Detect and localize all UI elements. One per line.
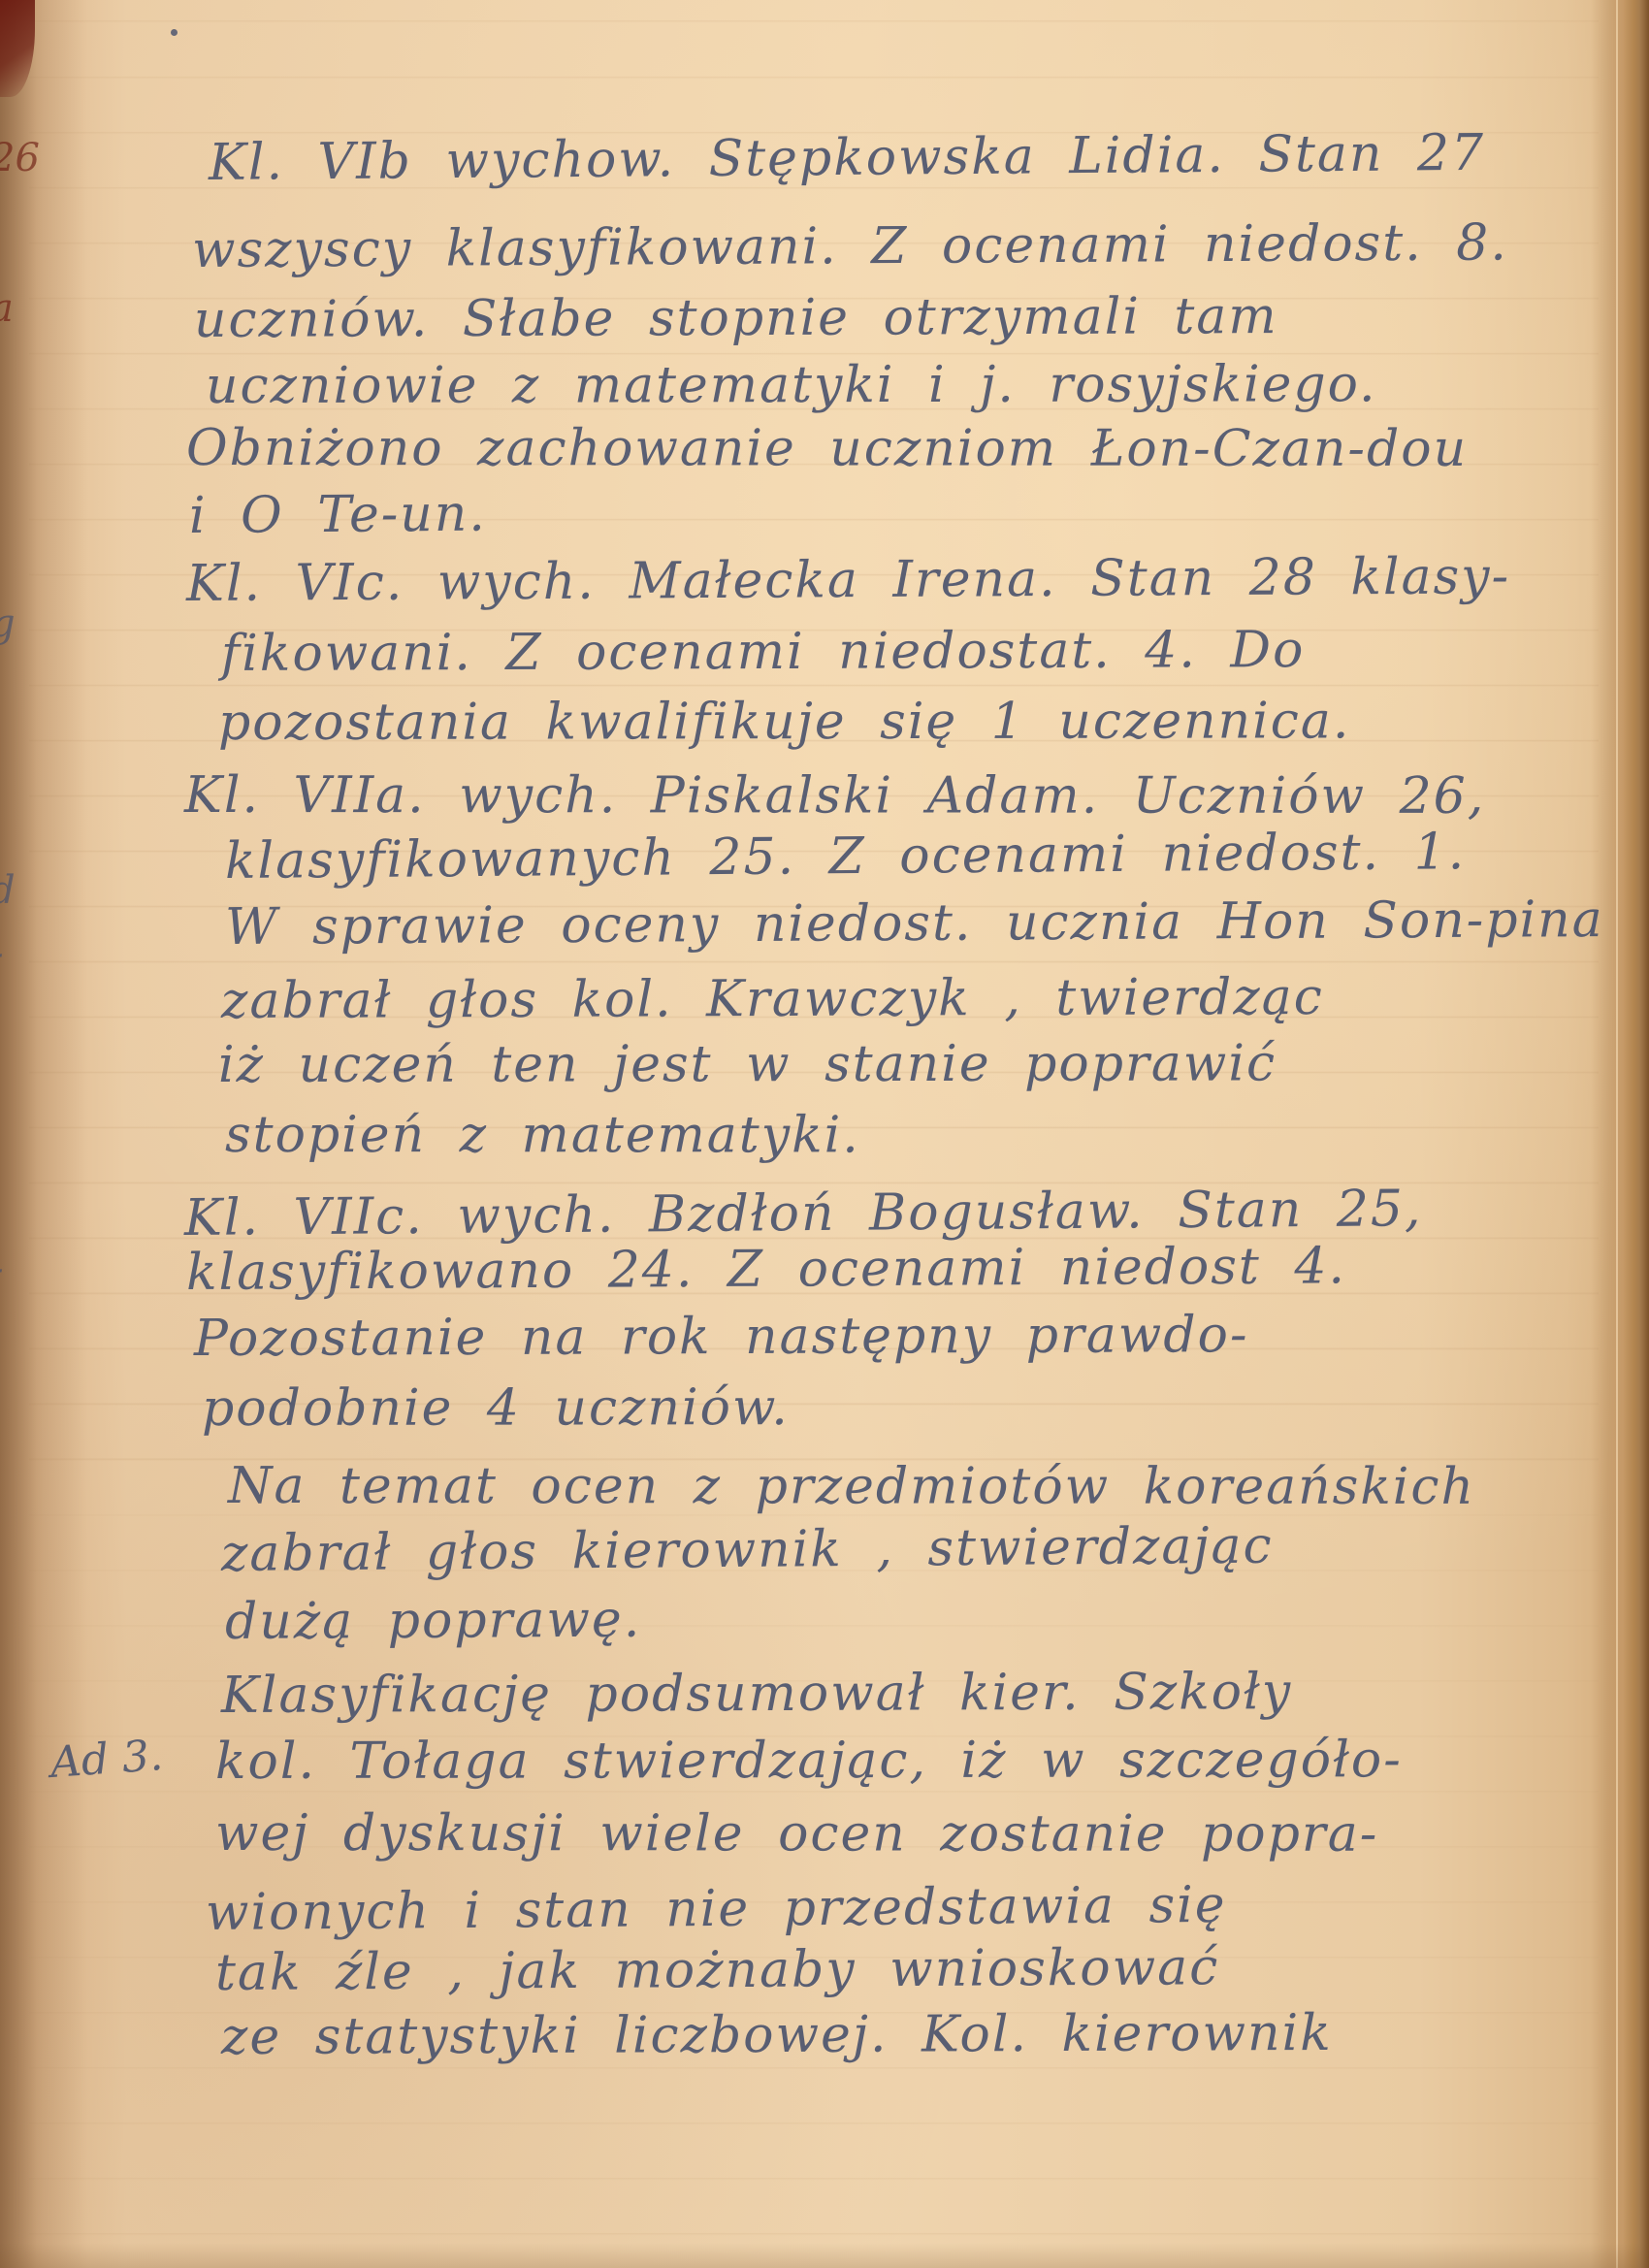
page-stack-edge: [1591, 0, 1649, 2268]
handwritten-line: wszyscy klasyfikowani. Z ocenami niedost…: [192, 213, 1508, 279]
handwritten-line: i O Te-un.: [189, 485, 487, 545]
handwritten-line: Kl. VIc. wych. Małecka Irena. Stan 28 kl…: [186, 547, 1510, 613]
handwritten-line: zabrał głos kol. Krawczyk , twierdząc: [221, 968, 1324, 1030]
ink-dot: [171, 29, 178, 36]
handwritten-line: Kl. VIIa. wych. Piskalski Adam. Uczniów …: [184, 766, 1485, 826]
handwritten-line: ze statystyki liczbowej. Kol. kierownik: [221, 2004, 1333, 2066]
bottom-shadow: [0, 2243, 1649, 2268]
handwritten-line: Na temat ocen z przedmiotów koreańskich: [228, 1457, 1475, 1516]
handwritten-line: podobnie 4 uczniów.: [202, 1378, 790, 1438]
edge-fragment: g: [0, 601, 16, 646]
handwritten-line: stopień z matematyki.: [225, 1106, 860, 1164]
handwritten-line: dużą poprawę.: [225, 1591, 642, 1651]
handwritten-line: uczniowie z matematyki i j. rosyjskiego.: [206, 355, 1377, 415]
handwritten-line: pozostania kwalifikuje się 1 uczennica.: [218, 692, 1350, 752]
edge-fragment: a: [0, 286, 14, 331]
handwritten-line: fikowani. Z ocenami niedostat. 4. Do: [221, 621, 1306, 683]
edge-fragment: -: [0, 931, 4, 976]
handwritten-line: Kl. VIb wychow. Stępkowska Lidia. Stan 2…: [209, 124, 1486, 192]
handwritten-line: klasyfikowano 24. Z ocenami niedost 4.: [186, 1237, 1346, 1302]
handwritten-line: Pozostanie na rok następny prawdo-: [194, 1306, 1249, 1368]
handwritten-line: iż uczeń ten jest w stanie poprawić: [218, 1034, 1277, 1094]
handwritten-line: klasyfikowanych 25. Z ocenami niedost. 1…: [225, 823, 1467, 891]
handwritten-line: wej dyskusji wiele ocen zostanie popra-: [215, 1804, 1378, 1863]
handwritten-line: Obniżono zachowanie uczniom Łon-Czan-dou: [186, 419, 1468, 478]
handwritten-line: tak źle , jak możnaby wnioskować: [215, 1938, 1220, 2002]
handwritten-line: wionych i stan nie przedstawia się: [206, 1876, 1227, 1942]
edge-fragment: -: [0, 1247, 4, 1291]
handwritten-line: W sprawie oceny niedost. ucznia Hon Son-…: [225, 891, 1604, 956]
edge-fragment: d: [0, 868, 16, 913]
margin-note: Ad 3.: [48, 1731, 164, 1788]
handwritten-line: uczniów. Słabe stopnie otrzymali tam: [194, 287, 1278, 349]
handwritten-line: Klasyfikację podsumował kier. Szkoły: [221, 1663, 1292, 1725]
notebook-page: Ad 3. Kl. VIb wychow. Stępkowska Lidia. …: [0, 0, 1649, 2268]
handwritten-line: zabrał głos kierownik , stwierdzając: [221, 1517, 1274, 1583]
handwritten-line: kol. Tołaga stwierdzając, iż w szczegóło…: [215, 1731, 1403, 1791]
binding-gutter: [0, 0, 87, 2268]
edge-fragment: 26: [0, 136, 40, 180]
